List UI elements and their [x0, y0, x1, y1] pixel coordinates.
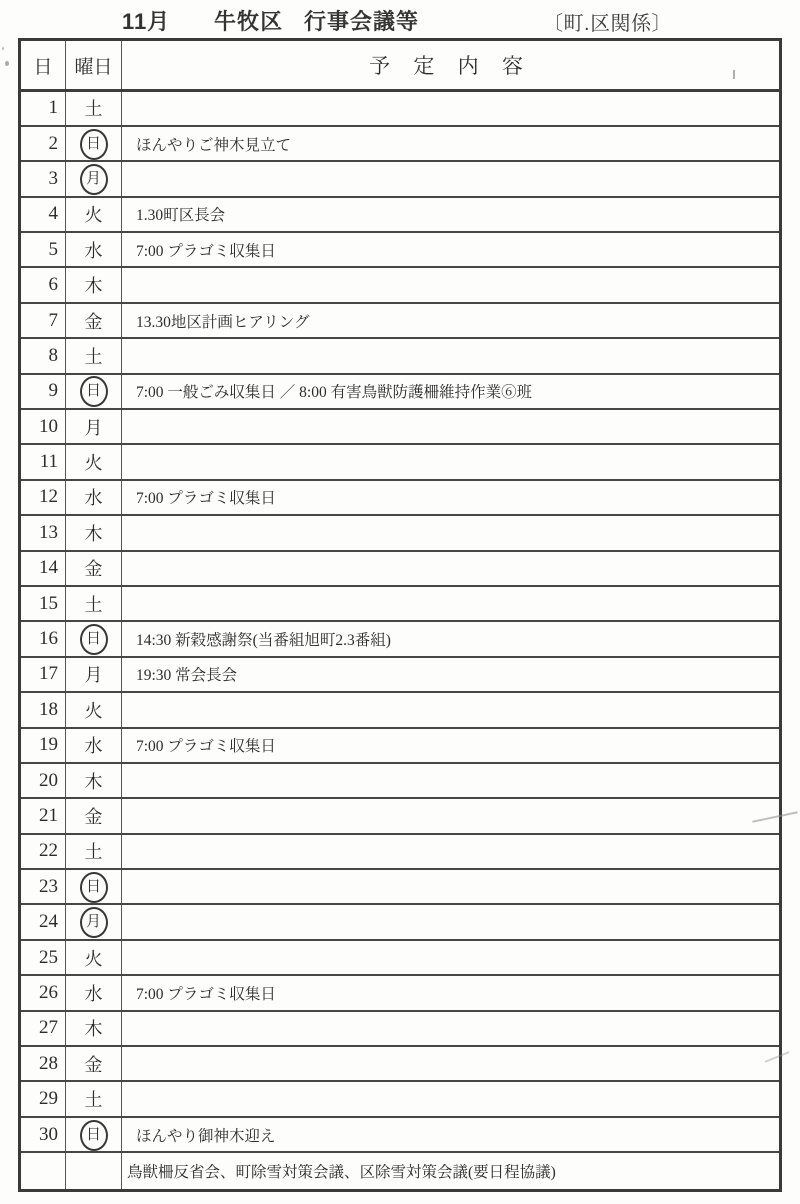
schedule-content: [122, 161, 781, 196]
footer-note: 鳥獣柵反省会、町除雪対策会議、区除雪対策会議(要日程協議): [122, 1152, 781, 1190]
day-number: 3: [20, 161, 66, 196]
schedule-content: [122, 444, 781, 479]
holiday-circle: 日: [80, 624, 108, 655]
weekday: 日: [66, 869, 122, 904]
table-row: 19水7:00 プラゴミ収集日: [20, 728, 781, 763]
header-day: 日: [20, 40, 66, 91]
table-row: 12水7:00 プラゴミ収集日: [20, 480, 781, 515]
day-number: 21: [20, 798, 66, 833]
schedule-content: [122, 798, 781, 833]
day-number: [20, 1152, 66, 1190]
weekday: 金: [66, 551, 122, 586]
table-row: 5水7:00 プラゴミ収集日: [20, 232, 781, 267]
day-number: 22: [20, 834, 66, 869]
table-row: 9日7:00 一般ごみ収集日 ／ 8:00 有害鳥獣防護柵維持作業⑥班: [20, 374, 781, 409]
schedule-content: 7:00 プラゴミ収集日: [122, 232, 781, 267]
holiday-circle: 月: [80, 164, 108, 195]
weekday: 水: [66, 975, 122, 1010]
weekday: 木: [66, 763, 122, 798]
title-month: 11月: [122, 5, 170, 36]
day-number: 27: [20, 1011, 66, 1046]
table-row: 22土: [20, 834, 781, 869]
day-number: 16: [20, 621, 66, 656]
table-row: 20木: [20, 763, 781, 798]
day-number: 5: [20, 232, 66, 267]
day-number: 4: [20, 197, 66, 232]
day-number: 1: [20, 91, 66, 126]
table-row: 17月19:30 常会長会: [20, 657, 781, 692]
title-subject: 行事会議等: [304, 5, 419, 36]
schedule-content: [122, 338, 781, 373]
day-number: 2: [20, 126, 66, 161]
weekday: 金: [66, 1046, 122, 1081]
table-row: 2日ほんやりご神木見立て: [20, 126, 781, 161]
table-row: 13木: [20, 515, 781, 550]
schedule-content: [122, 91, 781, 126]
table-row: 28金: [20, 1046, 781, 1081]
day-number: 26: [20, 975, 66, 1010]
weekday: 火: [66, 940, 122, 975]
table-row: 3月: [20, 161, 781, 196]
table-row: 11火: [20, 444, 781, 479]
schedule-content: ほんやりご神木見立て: [122, 126, 781, 161]
schedule-content: [122, 904, 781, 939]
header-weekday: 曜日: [66, 40, 122, 91]
schedule-content: ほんやり御神木迎え: [122, 1117, 781, 1152]
day-number: 6: [20, 267, 66, 302]
weekday: 木: [66, 1011, 122, 1046]
table-row: 30日ほんやり御神木迎え: [20, 1117, 781, 1152]
table-row: 1土: [20, 91, 781, 126]
footer-note-row: 鳥獣柵反省会、町除雪対策会議、区除雪対策会議(要日程協議): [20, 1152, 781, 1190]
day-number: 17: [20, 657, 66, 692]
table-row: 7金13.30地区計画ヒアリング: [20, 303, 781, 338]
weekday: 日: [66, 621, 122, 656]
holiday-circle: 月: [80, 907, 108, 938]
weekday: 水: [66, 232, 122, 267]
day-number: 13: [20, 515, 66, 550]
weekday: 月: [66, 657, 122, 692]
weekday: 金: [66, 303, 122, 338]
holiday-circle: 日: [80, 129, 108, 160]
schedule-content: [122, 1011, 781, 1046]
schedule-content: 1.30町区長会: [122, 197, 781, 232]
weekday: 木: [66, 267, 122, 302]
schedule-content: 13.30地区計画ヒアリング: [122, 303, 781, 338]
title-note: 〔町.区関係〕: [543, 7, 672, 36]
table-row: 27木: [20, 1011, 781, 1046]
schedule-content: [122, 551, 781, 586]
page-title: 11月 牛牧区 行事会議等 〔町.区関係〕: [0, 0, 800, 36]
holiday-circle: 日: [80, 376, 108, 407]
schedule-content: [122, 940, 781, 975]
table-row: 21金: [20, 798, 781, 833]
table-row: 14金: [20, 551, 781, 586]
weekday: 火: [66, 444, 122, 479]
scan-artifact-dot: [2, 47, 4, 50]
weekday: 土: [66, 586, 122, 621]
schedule-content: [122, 1046, 781, 1081]
schedule-content: 7:00 プラゴミ収集日: [122, 480, 781, 515]
day-number: 30: [20, 1117, 66, 1152]
weekday: 金: [66, 798, 122, 833]
day-number: 12: [20, 480, 66, 515]
table-row: 26水7:00 プラゴミ収集日: [20, 975, 781, 1010]
table-row: 16日14:30 新穀感謝祭(当番組旭町2.3番組): [20, 621, 781, 656]
day-number: 14: [20, 551, 66, 586]
day-number: 15: [20, 586, 66, 621]
schedule-content: 7:00 一般ごみ収集日 ／ 8:00 有害鳥獣防護柵維持作業⑥班: [122, 374, 781, 409]
weekday: 土: [66, 834, 122, 869]
day-number: 7: [20, 303, 66, 338]
day-number: 18: [20, 692, 66, 727]
table-row: 24月: [20, 904, 781, 939]
weekday: 月: [66, 161, 122, 196]
weekday: 水: [66, 480, 122, 515]
table-row: 18火: [20, 692, 781, 727]
day-number: 23: [20, 869, 66, 904]
scan-artifact-dot: [5, 61, 9, 66]
day-number: 10: [20, 409, 66, 444]
title-district: 牛牧区: [214, 5, 283, 36]
holiday-circle: 日: [80, 872, 108, 903]
table-row: 10月: [20, 409, 781, 444]
table-row: 6木: [20, 267, 781, 302]
weekday: 月: [66, 409, 122, 444]
day-number: 9: [20, 374, 66, 409]
day-number: 25: [20, 940, 66, 975]
weekday: 木: [66, 515, 122, 550]
schedule-content: [122, 515, 781, 550]
schedule-table-header: 日 曜日 予 定 内 容: [20, 40, 781, 91]
weekday: 土: [66, 91, 122, 126]
schedule-table: 日 曜日 予 定 内 容 1土2日ほんやりご神木見立て3月4火1.30町区長会5…: [18, 38, 782, 1192]
day-number: 24: [20, 904, 66, 939]
schedule-content: [122, 869, 781, 904]
schedule-content: [122, 692, 781, 727]
schedule-content: 19:30 常会長会: [122, 657, 781, 692]
weekday: 土: [66, 338, 122, 373]
table-row: 25火: [20, 940, 781, 975]
schedule-table-body: 1土2日ほんやりご神木見立て3月4火1.30町区長会5水7:00 プラゴミ収集日…: [20, 91, 781, 1191]
weekday: 日: [66, 1117, 122, 1152]
weekday: 日: [66, 374, 122, 409]
schedule-content: [122, 586, 781, 621]
day-number: 28: [20, 1046, 66, 1081]
weekday: 火: [66, 692, 122, 727]
header-row: 日 曜日 予 定 内 容: [20, 40, 781, 91]
schedule-content: 14:30 新穀感謝祭(当番組旭町2.3番組): [122, 621, 781, 656]
day-number: 29: [20, 1081, 66, 1116]
schedule-content: 7:00 プラゴミ収集日: [122, 728, 781, 763]
weekday: 水: [66, 728, 122, 763]
header-content: 予 定 内 容: [122, 40, 781, 91]
table-row: 15土: [20, 586, 781, 621]
weekday: 火: [66, 197, 122, 232]
weekday: [66, 1152, 122, 1190]
weekday: 日: [66, 126, 122, 161]
weekday: 土: [66, 1081, 122, 1116]
table-row: 4火1.30町区長会: [20, 197, 781, 232]
day-number: 19: [20, 728, 66, 763]
scanned-schedule-page: 11月 牛牧区 行事会議等 〔町.区関係〕 日 曜日 予 定 内 容 1土2日ほ…: [0, 0, 800, 1204]
schedule-content: [122, 409, 781, 444]
schedule-content: [122, 763, 781, 798]
day-number: 11: [20, 444, 66, 479]
day-number: 20: [20, 763, 66, 798]
weekday: 月: [66, 904, 122, 939]
table-row: 23日: [20, 869, 781, 904]
schedule-content: 7:00 プラゴミ収集日: [122, 975, 781, 1010]
schedule-content: [122, 1081, 781, 1116]
table-row: 8土: [20, 338, 781, 373]
schedule-content: [122, 834, 781, 869]
day-number: 8: [20, 338, 66, 373]
table-row: 29土: [20, 1081, 781, 1116]
schedule-content: [122, 267, 781, 302]
holiday-circle: 日: [80, 1120, 108, 1151]
